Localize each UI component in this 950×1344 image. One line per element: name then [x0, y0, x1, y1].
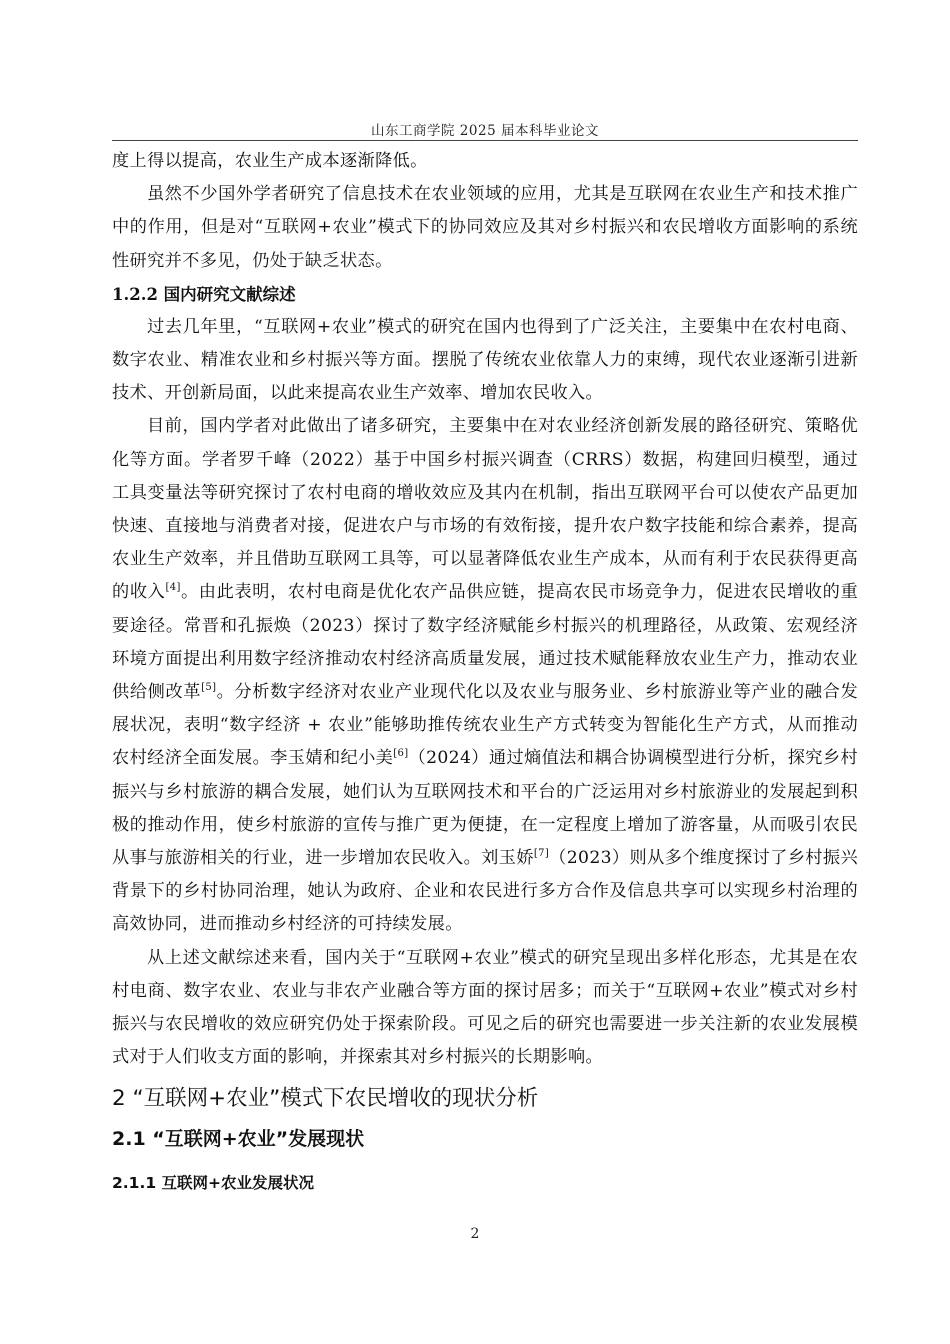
- citation-ref-5: [5]: [201, 682, 216, 693]
- running-header: 山东工商学院 2025 届本科毕业论文: [112, 119, 858, 139]
- citation-ref-4: [4]: [165, 582, 180, 593]
- citation-ref-7: [7]: [534, 848, 549, 859]
- section-heading-1-2-2: 1.2.2 国内研究文献综述: [112, 278, 858, 311]
- text-span: 目前，国内学者对此做出了诸多研究，主要集中在对农业经济创新发展的路径研究、策略优…: [112, 416, 858, 602]
- page-body: 度上得以提高，农业生产成本逐渐降低。 虽然不少国外学者研究了信息技术在农业领域的…: [112, 145, 858, 1198]
- paragraph-review-summary: 从上述文献综述来看，国内关于“互联网+农业”模式的研究呈现出多样化形态，尤其是在…: [112, 942, 858, 1075]
- paragraph-domestic-studies: 目前，国内学者对此做出了诸多研究，主要集中在对农业经济创新发展的路径研究、策略优…: [112, 410, 858, 941]
- header-divider: [112, 140, 858, 141]
- page-number: 2: [0, 1226, 950, 1242]
- paragraph-continued: 度上得以提高，农业生产成本逐渐降低。: [112, 145, 858, 178]
- citation-ref-6: [6]: [393, 748, 408, 759]
- chapter-heading-2: 2 “互联网+农业”模式下农民增收的现状分析: [112, 1084, 858, 1114]
- paragraph-domestic-overview: 过去几年里，“互联网+农业”模式的研究在国内也得到了广泛关注，主要集中在农村电商…: [112, 311, 858, 411]
- section-heading-2-1-1: 2.1.1 互联网+农业发展状况: [112, 1168, 858, 1198]
- document-page: 山东工商学院 2025 届本科毕业论文 度上得以提高，农业生产成本逐渐降低。 虽…: [0, 0, 950, 1344]
- section-heading-2-1: 2.1 “互联网+农业”发展现状: [112, 1124, 858, 1154]
- paragraph-foreign-research-gap: 虽然不少国外学者研究了信息技术在农业领域的应用，尤其是互联网在农业生产和技术推广…: [112, 178, 858, 278]
